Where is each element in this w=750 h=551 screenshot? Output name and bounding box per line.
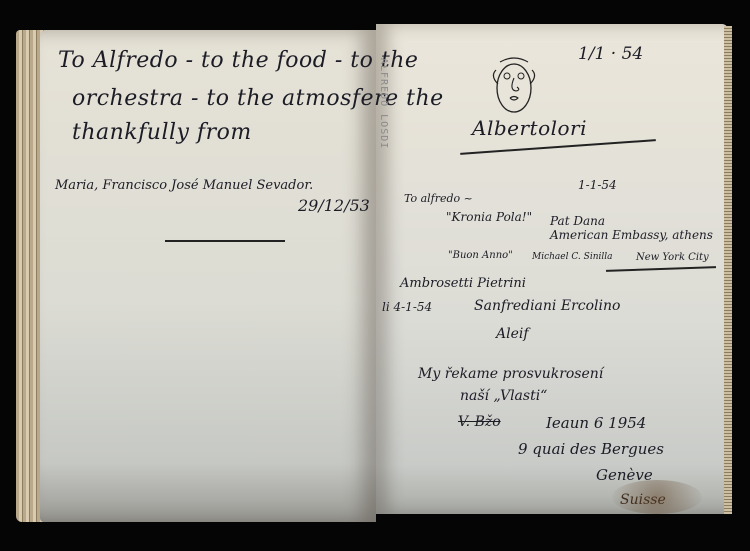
underline [165, 240, 285, 242]
dedication-line-3: thankfully from [72, 120, 252, 145]
entry-ambrosetti-pietrini: Ambrosetti Pietrini [400, 276, 526, 291]
open-autograph-book: To Alfredo - to the food - to the orches… [0, 0, 750, 551]
entry-buon-anno: "Buon Anno" [448, 250, 513, 261]
ownership-stamp: ALFREDO LOSDI [378, 58, 389, 149]
entry-date-1954: Ieaun 6 1954 [546, 414, 646, 432]
entry-czech-line-1: My řekame prosvukrosení [418, 366, 603, 382]
right-page-edge [724, 26, 732, 514]
entry-sanfrediani-ercolino: Sanfrediani Ercolino [474, 298, 620, 314]
entry-date-4-1-54: li 4-1-54 [382, 300, 432, 314]
caricature-face-sketch [486, 52, 542, 116]
left-date: 29/12/53 [298, 196, 370, 215]
entry-michael-sinilla: Michael C. Sinilla [532, 252, 613, 262]
caricaturist-signature: Albertolori [472, 116, 587, 140]
entry-to-alfredo: To alfredo ~ [404, 192, 473, 205]
entry-new-york-city: New York City [636, 252, 709, 263]
entry-american-embassy: American Embassy, athens [550, 228, 713, 242]
entry-address: 9 quai des Bergues [518, 440, 664, 458]
right-date-second: 1-1-54 [578, 178, 617, 192]
entry-czech-line-2: naší „Vlasti“ [460, 388, 547, 404]
entry-aleif: Aleif [496, 326, 529, 342]
right-date-top: 1/1 · 54 [578, 44, 643, 64]
entry-pat-dana: Pat Dana [550, 214, 605, 228]
entry-kronia-pola: "Kronia Pola!" [446, 210, 532, 224]
dedication-line-1: To Alfredo - to the food - to the [58, 48, 418, 73]
entry-v-bzo: V. Bžo [458, 414, 501, 430]
signatures: Maria, Francisco José Manuel Sevador. [55, 178, 313, 193]
ink-stain [612, 480, 702, 514]
